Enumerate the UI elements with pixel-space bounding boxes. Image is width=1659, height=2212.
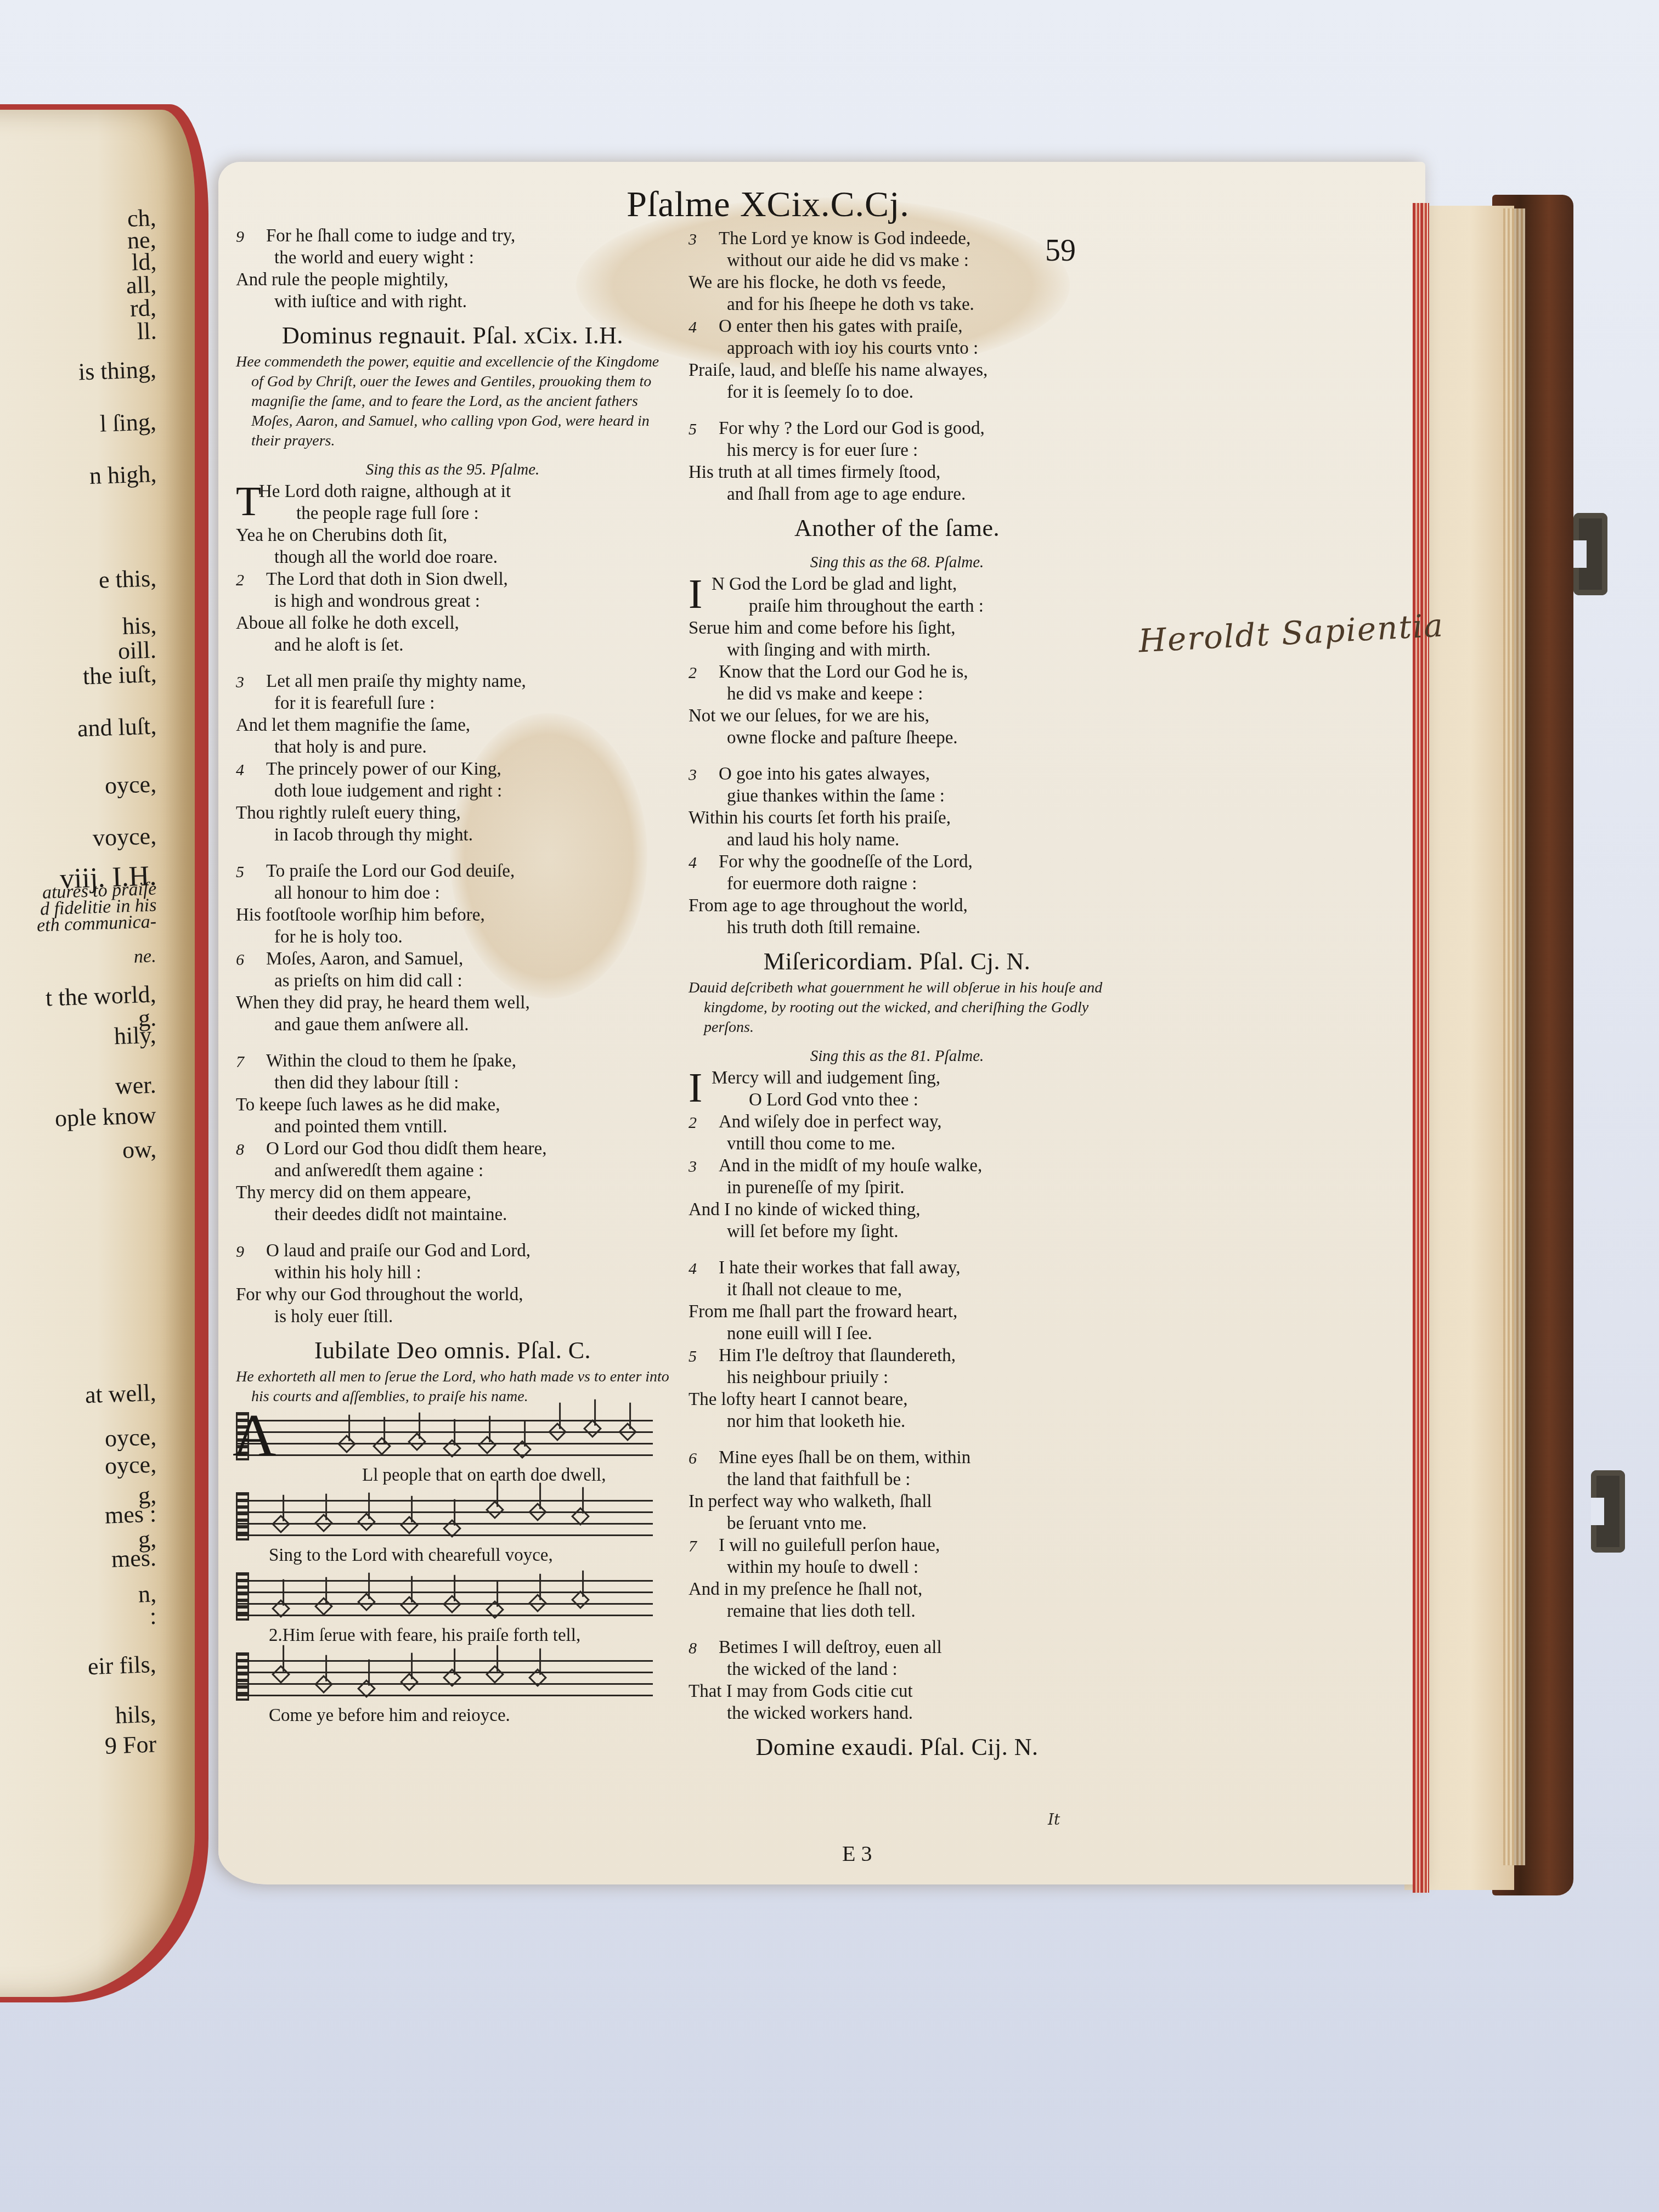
stanza-gap <box>689 403 1105 417</box>
note-icon <box>272 1599 290 1618</box>
verse-line: His truth at all times firmely ſtood, <box>689 461 1105 483</box>
verse-line: he did vs make and keepe : <box>689 683 1105 705</box>
verse-text: with iuſtice and with right. <box>274 292 467 312</box>
dropcap-letter: T <box>236 481 261 522</box>
verse-text: Him I'le deſtroy that ſlaundereth, <box>719 1346 956 1365</box>
psalm-heading: Iubilate Deo omnis. Pſal. C. <box>236 1335 669 1366</box>
dropcap-letter: I <box>689 573 702 615</box>
verse-text: owne flocke and paſture ſheepe. <box>727 728 958 748</box>
verse-number: 3 <box>236 672 244 693</box>
tune-direction: Sing this as the 95. Pſalme. <box>236 459 669 481</box>
verse-text: For why our God throughout the world, <box>236 1285 523 1305</box>
verse-line: 6Moſes, Aaron, and Samuel, <box>236 948 669 970</box>
note-icon <box>357 1679 376 1698</box>
left-page-text-fragment: and luſt, <box>77 712 157 742</box>
psalm-heading: Miſericordiam. Pſal. Cj. N. <box>689 946 1105 977</box>
verse-line: Thou rightly ruleſt euery thing, <box>236 802 669 824</box>
verse-text: that holy is and pure. <box>274 737 427 757</box>
verse-text: Mine eyes ſhall be on them, within <box>719 1448 970 1468</box>
verse-text: Let all men praiſe thy mighty name, <box>266 672 526 691</box>
verse-text: O enter then his gates with praiſe, <box>719 317 962 336</box>
verse-line: In perfect way who walketh, ſhall <box>689 1491 1105 1513</box>
verse-number: 3 <box>689 764 697 786</box>
verse-line: within my houſe to dwell : <box>689 1556 1105 1578</box>
note-icon <box>548 1423 567 1441</box>
verse-text: for he is holy too. <box>274 927 403 947</box>
verse-number: 5 <box>689 1346 697 1368</box>
verse-line: the people rage full ſore : <box>236 503 669 524</box>
verse-line: 6Mine eyes ſhall be on them, within <box>689 1447 1105 1469</box>
verse-text: Thou rightly ruleſt euery thing, <box>236 803 461 823</box>
lyric-line: Come ye before him and reioyce. <box>236 1704 669 1727</box>
verse-text: and gaue them anſwere all. <box>274 1015 469 1035</box>
verse-text: The lofty heart I cannot beare, <box>689 1390 907 1409</box>
note-icon <box>583 1419 602 1438</box>
left-page-text-fragment: : <box>149 1602 157 1630</box>
verse-text: and he aloft is ſet. <box>274 635 404 655</box>
music-staff <box>236 1570 653 1623</box>
verse-line: and laud his holy name. <box>689 829 1105 851</box>
verse-text: When they did pray, he heard them well, <box>236 993 530 1013</box>
clef-icon <box>236 1572 249 1621</box>
note-icon <box>272 1665 290 1684</box>
note-icon <box>373 1437 391 1455</box>
stanza-gap <box>689 1622 1105 1637</box>
verse-text: with ſinging and with mirth. <box>727 640 930 660</box>
verse-line: 3And in the midſt of my houſe walke, <box>689 1155 1105 1177</box>
verse-line: His footſtoole worſhip him before, <box>236 904 669 926</box>
verse-text: Yea he on Cherubins doth ſit, <box>236 526 447 545</box>
verse-line: in pureneſſe of my ſpirit. <box>689 1177 1105 1199</box>
verse-line: 8Betimes I will deſtroy, euen all <box>689 1637 1105 1658</box>
clef-icon <box>236 1652 249 1701</box>
verse-text: Serue him and come before his ſight, <box>689 618 956 638</box>
verse-line: for it is fearefull ſure : <box>236 692 669 714</box>
verse-line: 3Let all men praiſe thy mighty name, <box>236 670 669 692</box>
note-icon <box>486 1600 504 1619</box>
verse-text: O goe into his gates alwayes, <box>719 764 930 784</box>
verse-line: He Lord doth raigne, although at it <box>236 481 669 503</box>
verse-text: within my houſe to dwell : <box>727 1558 918 1577</box>
verse-text: The Lord that doth in Sion dwell, <box>266 569 508 589</box>
psalm-argument: Hee commendeth the power, equitie and ex… <box>236 352 669 451</box>
verse-text: giue thankes within the ſame : <box>727 786 945 806</box>
verse-line: 5To praiſe the Lord our God deuiſe, <box>236 860 669 882</box>
verse-text: without our aide he did vs make : <box>727 251 969 270</box>
verse-text: nor him that looketh hie. <box>727 1412 905 1431</box>
lyric-line: 2.Him ſerue with feare, his praiſe forth… <box>236 1624 669 1647</box>
stanza-gap <box>236 1036 669 1050</box>
verse-text: remaine that lies doth tell. <box>727 1601 916 1621</box>
note-icon <box>443 1668 461 1687</box>
left-page-text-fragment: oyce, <box>104 770 157 799</box>
verse-text: though all the world doe roare. <box>274 548 498 567</box>
verse-line: the wicked of the land : <box>689 1658 1105 1680</box>
verse-line: remaine that lies doth tell. <box>689 1600 1105 1622</box>
verse-line: his neighbour priuily : <box>689 1367 1105 1389</box>
verse-text: will ſet before my ſight. <box>727 1222 899 1242</box>
verse-text: within his holy hill : <box>274 1263 421 1283</box>
lyric-line: Sing to the Lord with chearefull voyce, <box>236 1544 669 1567</box>
verse-number: 7 <box>236 1051 244 1073</box>
verse-line: From age to age throughout the world, <box>689 895 1105 917</box>
verse-text: For why the goodneſſe of the Lord, <box>719 852 973 872</box>
verse-text: Within his courts ſet forth his praiſe, <box>689 808 951 828</box>
verse-text: I will no guilefull perſon haue, <box>719 1536 940 1555</box>
verse-line: Yea he on Cherubins doth ſit, <box>236 524 669 546</box>
note-icon <box>314 1514 333 1532</box>
verse-line: his truth doth ſtill remaine. <box>689 917 1105 939</box>
verse-number: 5 <box>236 861 244 883</box>
verse-text: To praiſe the Lord our God deuiſe, <box>266 861 515 881</box>
tune-direction: Sing this as the 68. Pſalme. <box>689 551 1105 573</box>
running-head: Pſalme XCix.C.Cj. <box>549 184 988 225</box>
verse-text: the world and euery wight : <box>274 248 474 268</box>
verse-text: be ſeruant vnto me. <box>727 1514 867 1533</box>
note-icon <box>272 1515 290 1533</box>
verse-line: 5For why ? the Lord our God is good, <box>689 417 1105 439</box>
verse-line: From me ſhall part the froward heart, <box>689 1301 1105 1323</box>
verse-text: and laud his holy name. <box>727 830 899 850</box>
note-icon <box>357 1593 376 1611</box>
verse-text: I hate their workes that fall away, <box>719 1258 960 1278</box>
verse-line: all honour to him doe : <box>236 882 669 904</box>
note-icon <box>337 1435 356 1453</box>
music-staff <box>236 1490 653 1543</box>
verse-number: 2 <box>689 662 697 684</box>
verse-line: 2The Lord that doth in Sion dwell, <box>236 568 669 590</box>
verse-text: And let them magnifie the ſame, <box>236 715 470 735</box>
verse-number: 4 <box>236 759 244 781</box>
verse-line: And I no kinde of wicked thing, <box>689 1199 1105 1221</box>
verse-line: then did they labour ſtill : <box>236 1072 669 1094</box>
verse-line: for euermore doth raigne : <box>689 873 1105 895</box>
verse-line: and pointed them vntill. <box>236 1116 669 1138</box>
verse-line: We are his flocke, he doth vs feede, <box>689 272 1105 294</box>
verse-line: in Iacob through thy might. <box>236 824 669 846</box>
note-icon <box>400 1516 419 1534</box>
left-page-text-fragment: oyce, <box>104 1423 157 1452</box>
verse-text: Thy mercy did on them appeare, <box>236 1183 471 1203</box>
stanza-gap <box>689 749 1105 763</box>
photo-scene: ch,ne,ld,all,rd,ll.is thing,l ſing,n hig… <box>0 0 1659 2212</box>
verse-line: 9For he ſhall come to iudge and try, <box>236 225 669 247</box>
verse-number: 2 <box>236 569 244 591</box>
verse-text: From age to age throughout the world, <box>689 896 968 916</box>
verse-number: 8 <box>236 1139 244 1161</box>
verse-text: The princely power of our King, <box>266 759 501 779</box>
verse-text: Not we our ſelues, for we are his, <box>689 706 929 726</box>
verse-line: his mercy is for euer ſure : <box>689 439 1105 461</box>
verse-line: To keepe ſuch lawes as he did make, <box>236 1094 669 1116</box>
verse-text: And in the midſt of my houſe walke, <box>719 1156 982 1176</box>
verse-text: His truth at all times firmely ſtood, <box>689 462 940 482</box>
verse-text: all honour to him doe : <box>274 883 440 903</box>
left-page-text-fragment: 9 For <box>104 1730 157 1759</box>
verse-line: 2Know that the Lord our God he is, <box>689 661 1105 683</box>
verse-line: will ſet before my ſight. <box>689 1221 1105 1243</box>
verse-number: 7 <box>689 1536 697 1558</box>
clasp-lower-icon <box>1591 1470 1625 1553</box>
stanza-gap <box>236 846 669 860</box>
verse-text: for it is fearefull ſure : <box>274 693 435 713</box>
page-block-edge <box>1503 208 1525 1865</box>
verse-line: nor him that looketh hie. <box>689 1410 1105 1432</box>
verse-line: and he aloft is ſet. <box>236 634 669 656</box>
verse-line: And let them magnifie the ſame, <box>236 714 669 736</box>
verse-number: 9 <box>236 226 244 248</box>
psalm-argument: Dauid deſcribeth what gouernment he will… <box>689 978 1105 1037</box>
music-staff <box>236 1650 653 1703</box>
verse-line: The lofty heart I cannot beare, <box>689 1389 1105 1410</box>
verse-line: and ſhall from age to age endure. <box>689 483 1105 505</box>
left-page-text-fragment: ne. <box>134 946 157 967</box>
verse-text: and anſweredſt them againe : <box>274 1161 483 1181</box>
verse-line: 3O goe into his gates alwayes, <box>689 763 1105 785</box>
verse-text: And I no kinde of wicked thing, <box>689 1200 921 1220</box>
psalm-argument: He exhorteth all men to ſerue the Lord, … <box>236 1367 669 1407</box>
dropcap-letter: I <box>689 1067 702 1109</box>
verse-line: giue thankes within the ſame : <box>689 785 1105 807</box>
verse-line: 4O enter then his gates with praiſe, <box>689 315 1105 337</box>
note-icon <box>478 1436 496 1454</box>
note-icon <box>443 1595 461 1613</box>
verse-line: within his holy hill : <box>236 1262 669 1284</box>
verse-text: his mercy is for euer ſure : <box>727 441 918 460</box>
note-icon <box>400 1673 419 1691</box>
note-icon <box>314 1675 333 1694</box>
verse-text: Praiſe, laud, and bleſſe his name alwaye… <box>689 360 988 380</box>
verse-text: and for his ſheepe he doth vs take. <box>727 295 974 314</box>
verse-line: Thy mercy did on them appeare, <box>236 1182 669 1204</box>
verse-line: 4I hate their workes that fall away, <box>689 1257 1105 1279</box>
verse-line: That I may from Gods citie cut <box>689 1680 1105 1702</box>
verse-number: 6 <box>236 949 244 971</box>
left-page-text-fragment: ople know <box>55 1101 157 1132</box>
verse-number: 3 <box>689 1156 697 1178</box>
verse-text: in Iacob through thy might. <box>274 825 473 845</box>
verse-number: 4 <box>689 1258 697 1280</box>
verse-line: 4For why the goodneſſe of the Lord, <box>689 851 1105 873</box>
verse-line: 7Within the cloud to them he ſpake, <box>236 1050 669 1072</box>
psalm-heading: Another of the ſame. <box>689 513 1105 544</box>
note-icon <box>357 1513 376 1531</box>
verse-number: 2 <box>689 1112 697 1134</box>
verse-text: and pointed them vntill. <box>274 1117 447 1137</box>
verse-line: the land that faithfull be : <box>689 1469 1105 1491</box>
dropcap-stanza: THe Lord doth raigne, although at itthe … <box>236 481 669 524</box>
verse-line: the world and euery wight : <box>236 247 669 269</box>
verse-line: 4The princely power of our King, <box>236 758 669 780</box>
psalm-heading: Domine exaudi. Pſal. Cij. N. <box>689 1732 1105 1763</box>
verse-number: 5 <box>689 419 697 441</box>
verse-line: Not we our ſelues, for we are his, <box>689 705 1105 727</box>
dropcap-stanza: IN God the Lord be glad and light,praiſe… <box>689 573 1105 617</box>
verse-text: none euill will I ſee. <box>727 1324 872 1344</box>
verse-number: 4 <box>689 317 697 338</box>
left-page-text-fragment: e this, <box>98 564 157 594</box>
verse-line: owne flocke and paſture ſheepe. <box>689 727 1105 749</box>
left-text-column: 9For he ſhall come to iudge and try,the … <box>236 225 669 1727</box>
verse-line: 7I will no guilefull perſon haue, <box>689 1534 1105 1556</box>
note-icon <box>486 1500 504 1519</box>
verse-line: 3The Lord ye know is God indeede, <box>689 228 1105 250</box>
verse-line: their deedes didſt not maintaine. <box>236 1204 669 1226</box>
verse-line: with ſinging and with mirth. <box>689 639 1105 661</box>
clasp-upper-icon <box>1573 513 1607 595</box>
verse-text: he did vs make and keepe : <box>727 684 923 704</box>
verse-line: for it is ſeemely ſo to doe. <box>689 381 1105 403</box>
left-page-text-fragment: voyce, <box>92 822 157 852</box>
note-icon <box>618 1423 637 1441</box>
note-icon <box>400 1596 419 1615</box>
verse-text: the wicked of the land : <box>727 1660 898 1679</box>
note-icon <box>528 1668 547 1687</box>
red-stained-page-edge <box>1413 203 1429 1893</box>
left-page-text-fragment: eth communica- <box>36 911 156 936</box>
note-icon <box>443 1439 461 1458</box>
verse-line: and anſweredſt them againe : <box>236 1160 669 1182</box>
verse-line: Within his courts ſet forth his praiſe, <box>689 807 1105 829</box>
verse-line: And rule the people mightily, <box>236 269 669 291</box>
verse-text: is holy euer ſtill. <box>274 1307 393 1327</box>
verse-line: And in my preſence he ſhall not, <box>689 1578 1105 1600</box>
verse-line: vntill thou come to me. <box>689 1133 1105 1155</box>
verse-text: for it is ſeemely ſo to doe. <box>727 382 913 402</box>
verse-text: doth loue iudgement and right : <box>274 781 502 801</box>
music-dropcap: A <box>233 1408 276 1463</box>
verse-line: 8O Lord our God thou didſt them heare, <box>236 1138 669 1160</box>
verse-number: 3 <box>689 229 697 251</box>
verse-text: is high and wondrous great : <box>274 591 480 611</box>
verse-text: Betimes I will deſtroy, euen all <box>719 1638 942 1657</box>
verse-text: And wiſely doe in perfect way, <box>719 1112 942 1132</box>
clef-icon <box>236 1492 249 1541</box>
verse-line: 9O laud and praiſe our God and Lord, <box>236 1240 669 1262</box>
verse-line: none euill will I ſee. <box>689 1323 1105 1345</box>
verse-number: 9 <box>236 1241 244 1263</box>
verse-line: is high and wondrous great : <box>236 590 669 612</box>
verse-line: Serue him and come before his ſight, <box>689 617 1105 639</box>
left-page-text-fragment: at well, <box>85 1379 157 1409</box>
music-staff: A <box>236 1410 653 1463</box>
left-page-text-fragment: hily, <box>114 1021 157 1051</box>
dropcap-stanza: IMercy will and iudgement ſing,O Lord Go… <box>689 1067 1105 1111</box>
left-page-text-fragment: eir fils, <box>88 1650 157 1680</box>
verse-line: N God the Lord be glad and light, <box>689 573 1105 595</box>
note-icon <box>528 1594 547 1612</box>
verse-text: the land that faithfull be : <box>727 1470 910 1489</box>
verse-number: 6 <box>689 1448 697 1470</box>
verse-text: His footſtoole worſhip him before, <box>236 905 485 925</box>
verse-line: approach with ioy his courts vnto : <box>689 337 1105 359</box>
stanza-gap <box>236 656 669 670</box>
note-icon <box>408 1432 426 1451</box>
left-page-text-fragment: wer. <box>115 1071 157 1101</box>
verse-line: though all the world doe roare. <box>236 546 669 568</box>
verse-text: approach with ioy his courts vnto : <box>727 338 978 358</box>
verse-text: The Lord ye know is God indeede, <box>719 229 970 249</box>
verse-text: their deedes didſt not maintaine. <box>274 1205 507 1224</box>
verse-line: be ſeruant vnto me. <box>689 1513 1105 1534</box>
left-page-text-fragment: the iuſt, <box>82 660 157 691</box>
verse-line: Praiſe, laud, and bleſſe his name alwaye… <box>689 359 1105 381</box>
verse-line: For why our God throughout the world, <box>236 1284 669 1306</box>
verse-line: When they did pray, he heard them well, <box>236 992 669 1014</box>
stanza-gap <box>689 1243 1105 1257</box>
verse-text: In perfect way who walketh, ſhall <box>689 1492 932 1511</box>
verse-number: 8 <box>689 1638 697 1660</box>
verse-text: in pureneſſe of my ſpirit. <box>727 1178 905 1198</box>
left-page-text-fragment: oyce, <box>104 1450 157 1480</box>
verse-line: without our aide he did vs make : <box>689 250 1105 272</box>
verse-line: with iuſtice and with right. <box>236 291 669 313</box>
verse-text: Moſes, Aaron, and Samuel, <box>266 949 463 969</box>
left-page-text-fragment: ow, <box>122 1135 157 1164</box>
verse-text: as prieſts on him did call : <box>274 971 462 991</box>
verse-text: O laud and praiſe our God and Lord, <box>266 1241 531 1261</box>
verse-text: We are his flocke, he doth vs feede, <box>689 273 946 292</box>
verse-text: vntill thou come to me. <box>727 1134 895 1154</box>
verse-text: then did they labour ſtill : <box>274 1073 459 1093</box>
verse-line: that holy is and pure. <box>236 736 669 758</box>
note-icon <box>571 1507 590 1526</box>
signature-mark: E 3 <box>842 1841 872 1866</box>
verse-line: Aboue all folke he doth excell, <box>236 612 669 634</box>
verse-text: his truth doth ſtill remaine. <box>727 918 921 938</box>
verse-line: doth loue iudgement and right : <box>236 780 669 802</box>
verse-text: For he ſhall come to iudge and try, <box>266 226 515 246</box>
verse-line: praiſe him throughout the earth : <box>689 595 1105 617</box>
stanza-gap <box>689 1432 1105 1447</box>
verse-line: O Lord God vnto thee : <box>689 1089 1105 1111</box>
verse-text: That I may from Gods citie cut <box>689 1681 913 1701</box>
left-page: ch,ne,ld,all,rd,ll.is thing,l ſing,n hig… <box>0 110 195 1997</box>
verse-text: Know that the Lord our God he is, <box>719 662 968 682</box>
tune-direction: Sing this as the 81. Pſalme. <box>689 1045 1105 1067</box>
lyric-line: Ll people that on earth doe dwell, <box>236 1464 669 1487</box>
verse-line: the wicked workers hand. <box>689 1702 1105 1724</box>
psalm-heading: Dominus regnauit. Pſal. xCix. I.H. <box>236 320 669 351</box>
left-page-text-fragment: is thing, <box>78 356 156 386</box>
verse-line: 2And wiſely doe in perfect way, <box>689 1111 1105 1133</box>
right-text-column: 3The Lord ye know is God indeede,without… <box>689 228 1105 1763</box>
note-icon <box>528 1503 547 1521</box>
verse-line: is holy euer ſtill. <box>236 1306 669 1328</box>
left-page-text-fragment: n high, <box>89 460 157 490</box>
verse-line: and gaue them anſwere all. <box>236 1014 669 1036</box>
verse-line: for he is holy too. <box>236 926 669 948</box>
note-icon <box>314 1597 333 1616</box>
verse-text: the wicked workers hand. <box>727 1703 913 1723</box>
verse-line: it ſhall not cleaue to me, <box>689 1279 1105 1301</box>
verse-text: O Lord our God thou didſt them heare, <box>266 1139 546 1159</box>
note-icon <box>443 1519 461 1538</box>
verse-text: For why ? the Lord our God is good, <box>719 419 985 438</box>
verse-line: 5Him I'le deſtroy that ſlaundereth, <box>689 1345 1105 1367</box>
verse-text: To keepe ſuch lawes as he did make, <box>236 1095 500 1115</box>
left-page-text-fragment: l ſing, <box>99 408 156 438</box>
verse-line: and for his ſheepe he doth vs take. <box>689 294 1105 315</box>
note-icon <box>513 1440 532 1459</box>
left-page-text-fragment: hils, <box>115 1700 157 1730</box>
verse-text: and ſhall from age to age endure. <box>727 484 966 504</box>
verse-text: And rule the people mightily, <box>236 270 448 290</box>
note-icon <box>571 1590 590 1609</box>
verse-line: Mercy will and iudgement ſing, <box>689 1067 1105 1089</box>
verse-number: 4 <box>689 852 697 874</box>
note-icon <box>486 1665 504 1684</box>
